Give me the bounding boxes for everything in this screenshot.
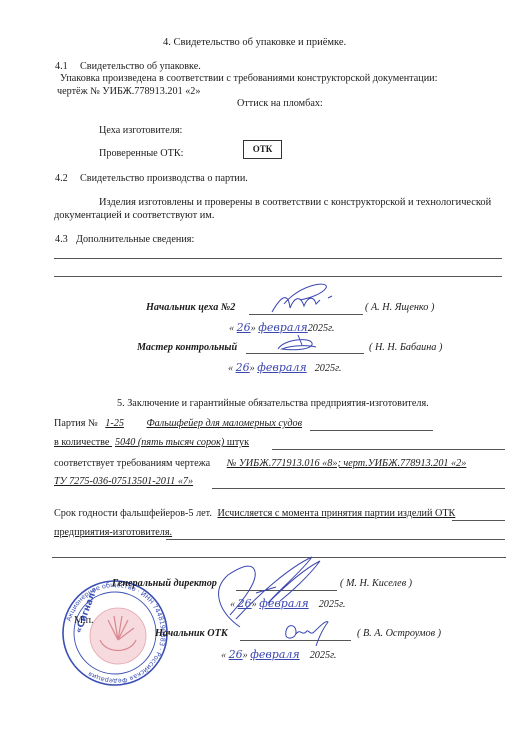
- seal-imprint-label: Оттиск на пломбах:: [237, 98, 323, 109]
- section-5-title: 5. Заключение и гарантийные обязательств…: [117, 398, 429, 409]
- signer-role-otk-head: Начальник ОТК: [155, 628, 228, 639]
- date-general-director: « 26» февраля2025г.: [230, 597, 345, 610]
- signature-workshop-head: [270, 280, 350, 316]
- signer-name-general-director: ( М. Н. Киселев ): [340, 578, 412, 589]
- conformity-row: соответствует требованиям чертежа № УИБЖ…: [54, 458, 466, 469]
- shelf-life-row: Срок годности фальшфейеров-5 лет. Исчисл…: [54, 508, 455, 519]
- workshop-label: Цеха изготовителя:: [99, 125, 182, 136]
- additional-info-line-1: [54, 258, 502, 259]
- s41-number: 4.1: [55, 61, 68, 72]
- seal-placeholder-label: М.п.: [74, 615, 94, 626]
- section-4-title: 4. Свидетельство об упаковке и приёмке.: [163, 37, 346, 48]
- conformity-value: № УИБЖ.771913.016 «8»; черт.УИБЖ.778913.…: [227, 458, 467, 469]
- additional-info-line-2: [54, 276, 502, 277]
- date-month: февраля: [259, 597, 308, 610]
- signature-otk-head: [282, 618, 332, 648]
- signer-name-otk-head: ( В. А. Остроумов ): [357, 628, 441, 639]
- signature-inspector: [272, 333, 322, 355]
- signer-name-workshop-head: ( А. Н. Ященко ): [365, 302, 434, 313]
- shelf-life-line-2: [166, 539, 505, 540]
- tu-reference: ТУ 7275-036-07513501-2011 «7»: [54, 476, 193, 487]
- quantity-row: в количестве 5040 (пять тысяч сорок) шту…: [54, 437, 249, 448]
- signer-name-inspector: ( Н. Н. Бабаина ): [369, 342, 442, 353]
- s43-number: 4.3: [55, 234, 68, 245]
- date-day: 26: [238, 597, 252, 610]
- date-month: февраля: [250, 648, 299, 661]
- otk-stamp: ОТК: [243, 140, 282, 159]
- batch-row: Партия № 1-25 Фальшфейер для маломерных …: [54, 418, 302, 429]
- s42-text1: Изделия изготовлены и проверены в соотве…: [99, 197, 491, 208]
- s43-heading: Дополнительные сведения:: [76, 234, 194, 245]
- date-day: 26: [237, 321, 251, 334]
- s42-number: 4.2: [55, 173, 68, 184]
- date-day: 26: [229, 648, 243, 661]
- s41-heading: Свидетельство об упаковке.: [80, 61, 201, 72]
- otk-label: Проверенные ОТК:: [99, 148, 183, 159]
- s42-text2: документацией и соответствуют им.: [54, 210, 214, 221]
- shelf-life-line-1: [452, 520, 505, 521]
- product-name: Фальшфейер для маломерных судов: [146, 418, 302, 429]
- s41-text1: Упаковка произведена в соответствии с тр…: [60, 73, 437, 84]
- batch-line: [310, 430, 433, 431]
- signer-role-inspector: Мастер контрольный: [137, 342, 237, 353]
- date-month: февраля: [257, 361, 306, 374]
- batch-number: 1-25: [105, 418, 124, 429]
- date-otk-head: « 26» февраля2025г.: [221, 648, 336, 661]
- date-inspector: « 26» февраля2025г.: [228, 361, 341, 374]
- shelf-life-note2: предприятия-изготовителя.: [54, 527, 172, 538]
- s42-heading: Свидетельство производства о партии.: [80, 173, 248, 184]
- tu-line: [212, 488, 505, 489]
- date-day: 26: [236, 361, 250, 374]
- signer-role-workshop-head: Начальник цеха №2: [146, 302, 235, 313]
- s41-text2: чертёж № УИБЖ.778913.201 «2»: [57, 86, 201, 97]
- quantity-value: 5040 (пять тысяч сорок): [115, 437, 224, 448]
- quantity-line: [272, 449, 505, 450]
- company-seal: Акционерное общество · ИНН 7448199883 · …: [60, 578, 170, 688]
